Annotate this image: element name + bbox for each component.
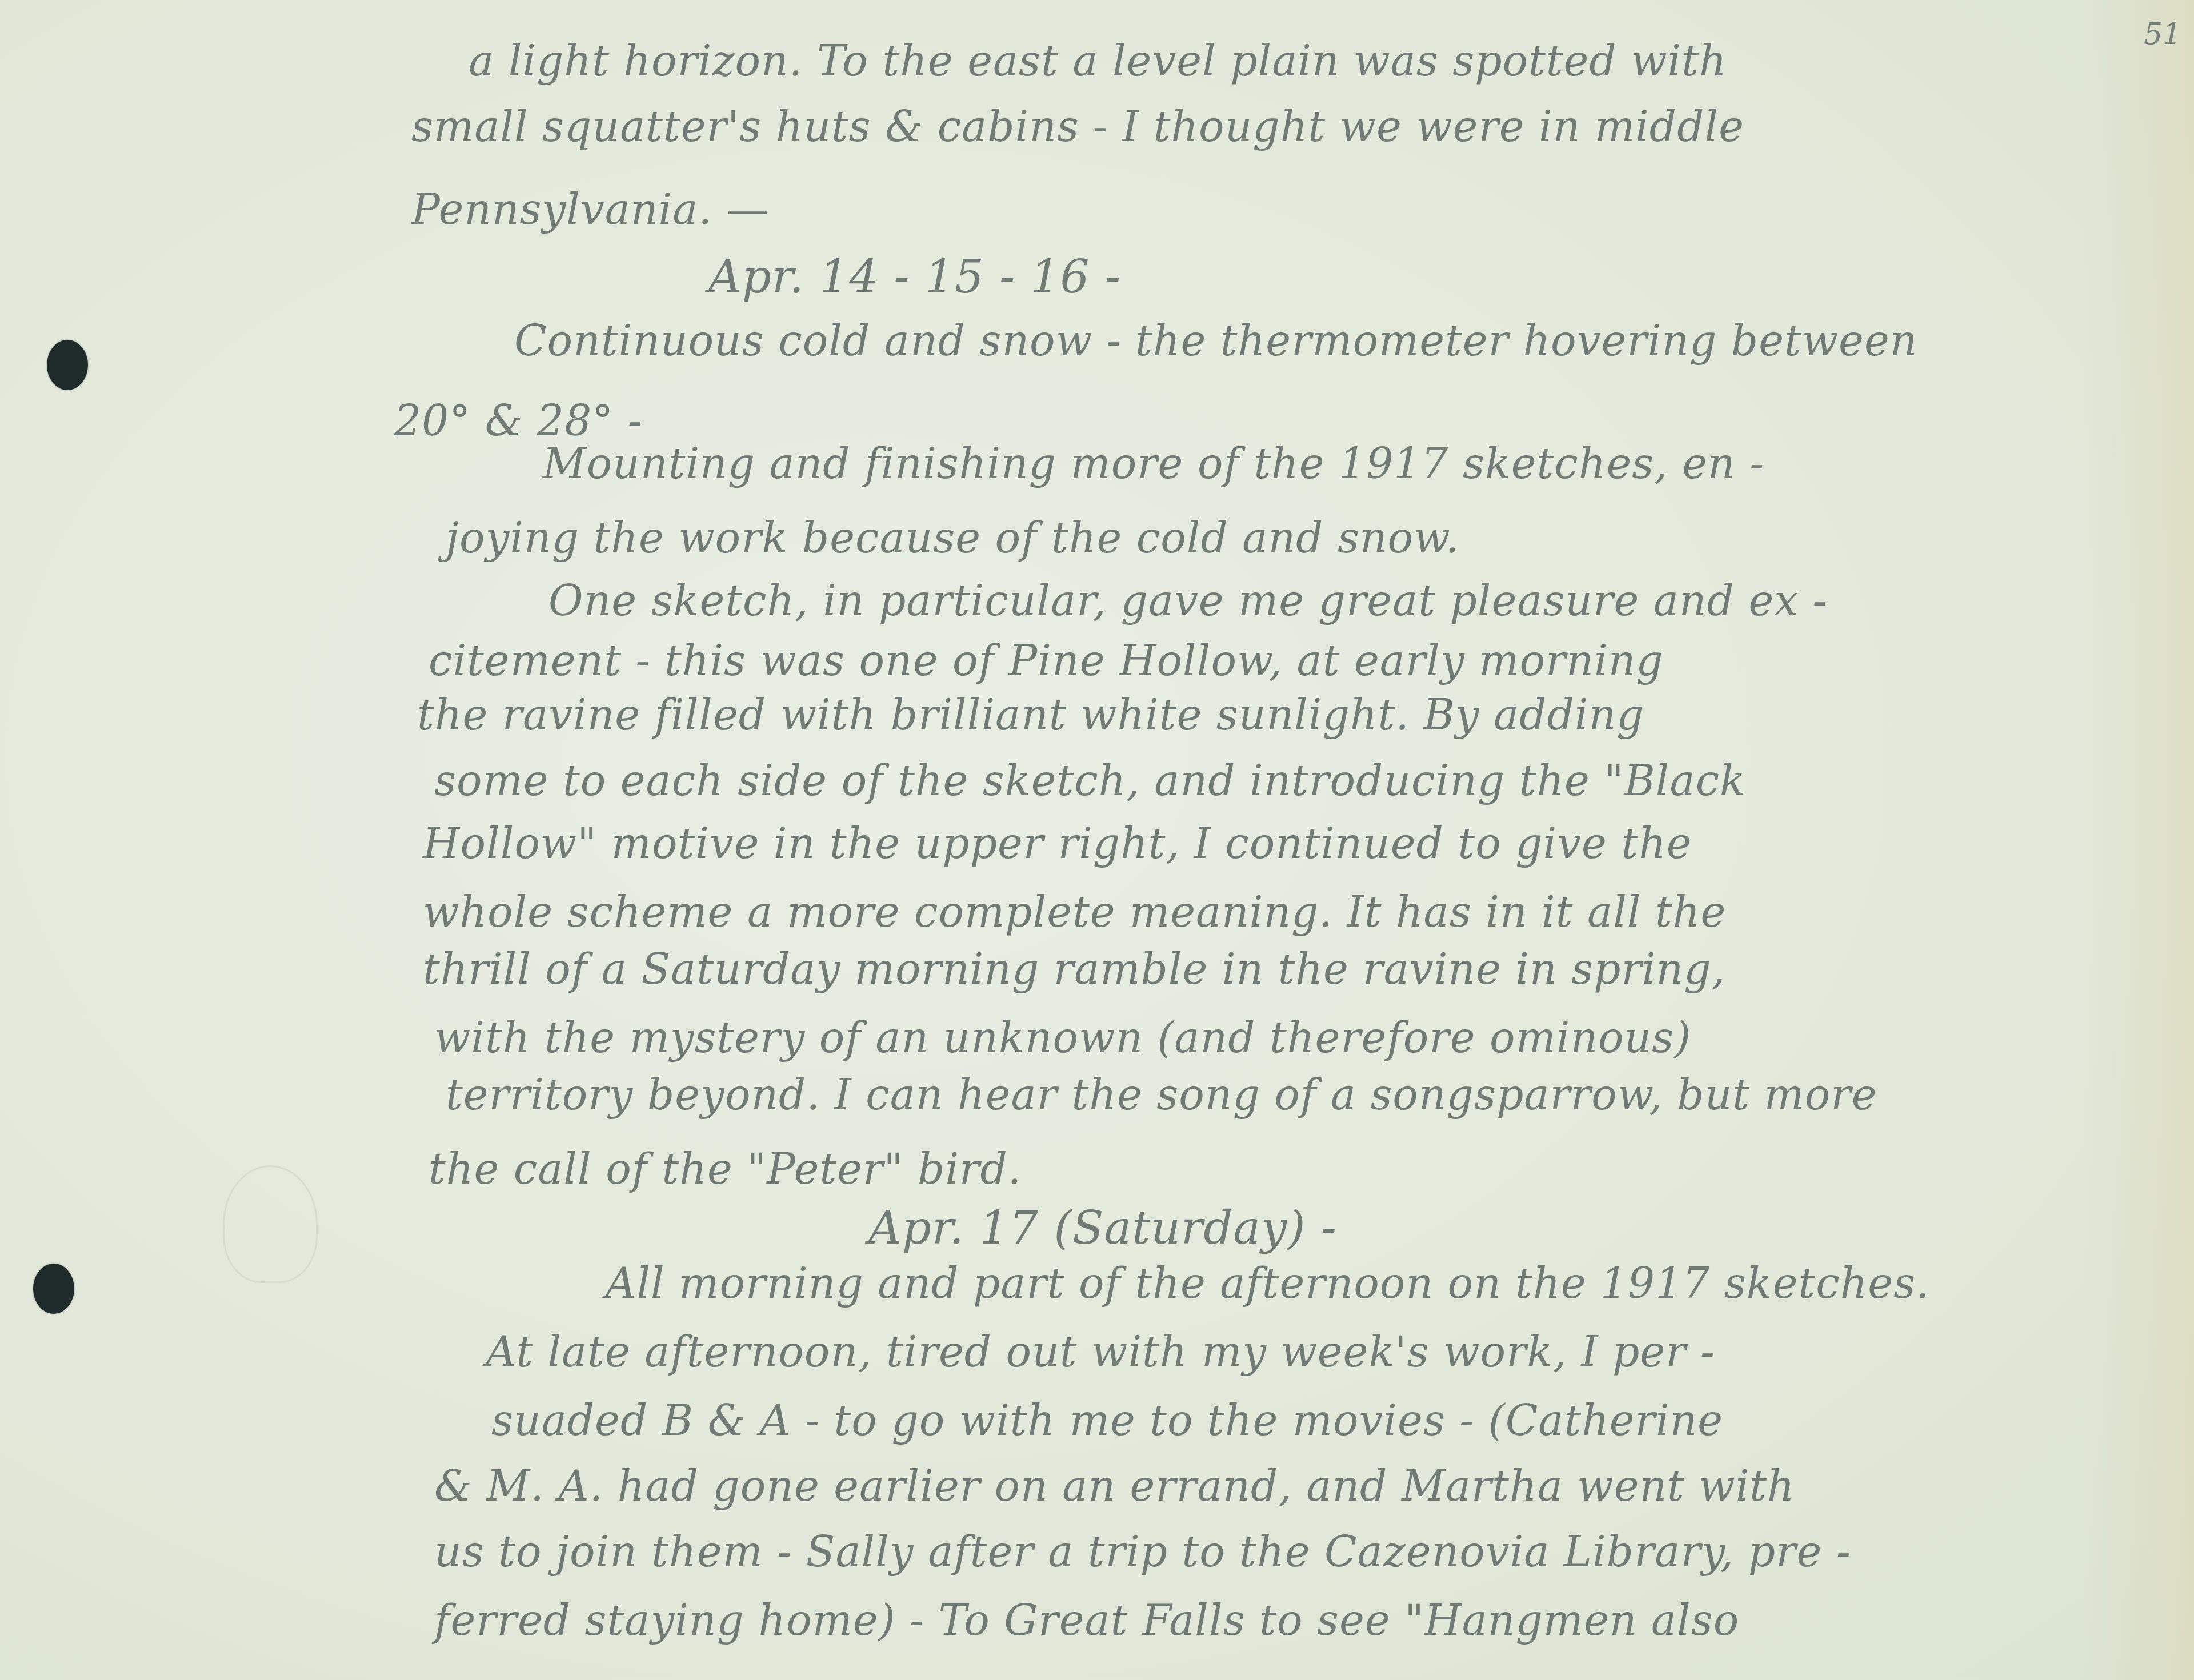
text-line: Mounting and finishing more of the 1917 … — [543, 443, 1764, 485]
text-line: All morning and part of the afternoon on… — [606, 1262, 1930, 1305]
text-line: us to join them - Sally after a trip to … — [434, 1531, 1851, 1573]
text-line: citement - this was one of Pine Hollow, … — [429, 640, 1664, 682]
text-line: ferred staying home) - To Great Falls to… — [434, 1599, 1739, 1642]
page-number: 51 — [2144, 17, 2181, 51]
text-line: One sketch, in particular, gave me great… — [548, 580, 1827, 622]
text-line: small squatter's huts & cabins - I thoug… — [411, 106, 1744, 148]
text-line: Continuous cold and snow - the thermomet… — [514, 320, 1917, 362]
text-line: territory beyond. I can hear the song of… — [446, 1074, 1877, 1116]
text-line: & M. A. had gone earlier on an errand, a… — [434, 1465, 1795, 1507]
faint-bleedthrough-mark — [223, 1165, 318, 1283]
text-line: a light horizon. To the east a level pla… — [469, 40, 1727, 82]
text-line: the ravine filled with brilliant white s… — [417, 694, 1644, 736]
date-heading: Apr. 14 - 15 - 16 - — [708, 254, 1121, 300]
text-line: with the mystery of an unknown (and ther… — [434, 1017, 1691, 1059]
text-line: Hollow" motive in the upper right, I con… — [423, 823, 1692, 865]
text-line: Pennsylvania. — — [411, 189, 769, 231]
punch-hole-top — [47, 340, 88, 390]
text-line: joying the work because of the cold and … — [446, 517, 1459, 559]
text-line: At late afternoon, tired out with my wee… — [486, 1331, 1715, 1373]
text-line: some to each side of the sketch, and int… — [434, 760, 1746, 802]
punch-hole-bottom — [33, 1264, 74, 1314]
diary-page: 51 a light horizon. To the east a level … — [0, 0, 2194, 1680]
text-line: the call of the "Peter" bird. — [429, 1148, 1022, 1190]
text-line: thrill of a Saturday morning ramble in t… — [423, 948, 1725, 991]
date-heading: Apr. 17 (Saturday) - — [868, 1205, 1337, 1251]
text-line: suaded B & A - to go with me to the movi… — [491, 1400, 1723, 1442]
text-line: whole scheme a more complete meaning. It… — [423, 891, 1726, 933]
text-line: 20° & 28° - — [394, 400, 643, 442]
